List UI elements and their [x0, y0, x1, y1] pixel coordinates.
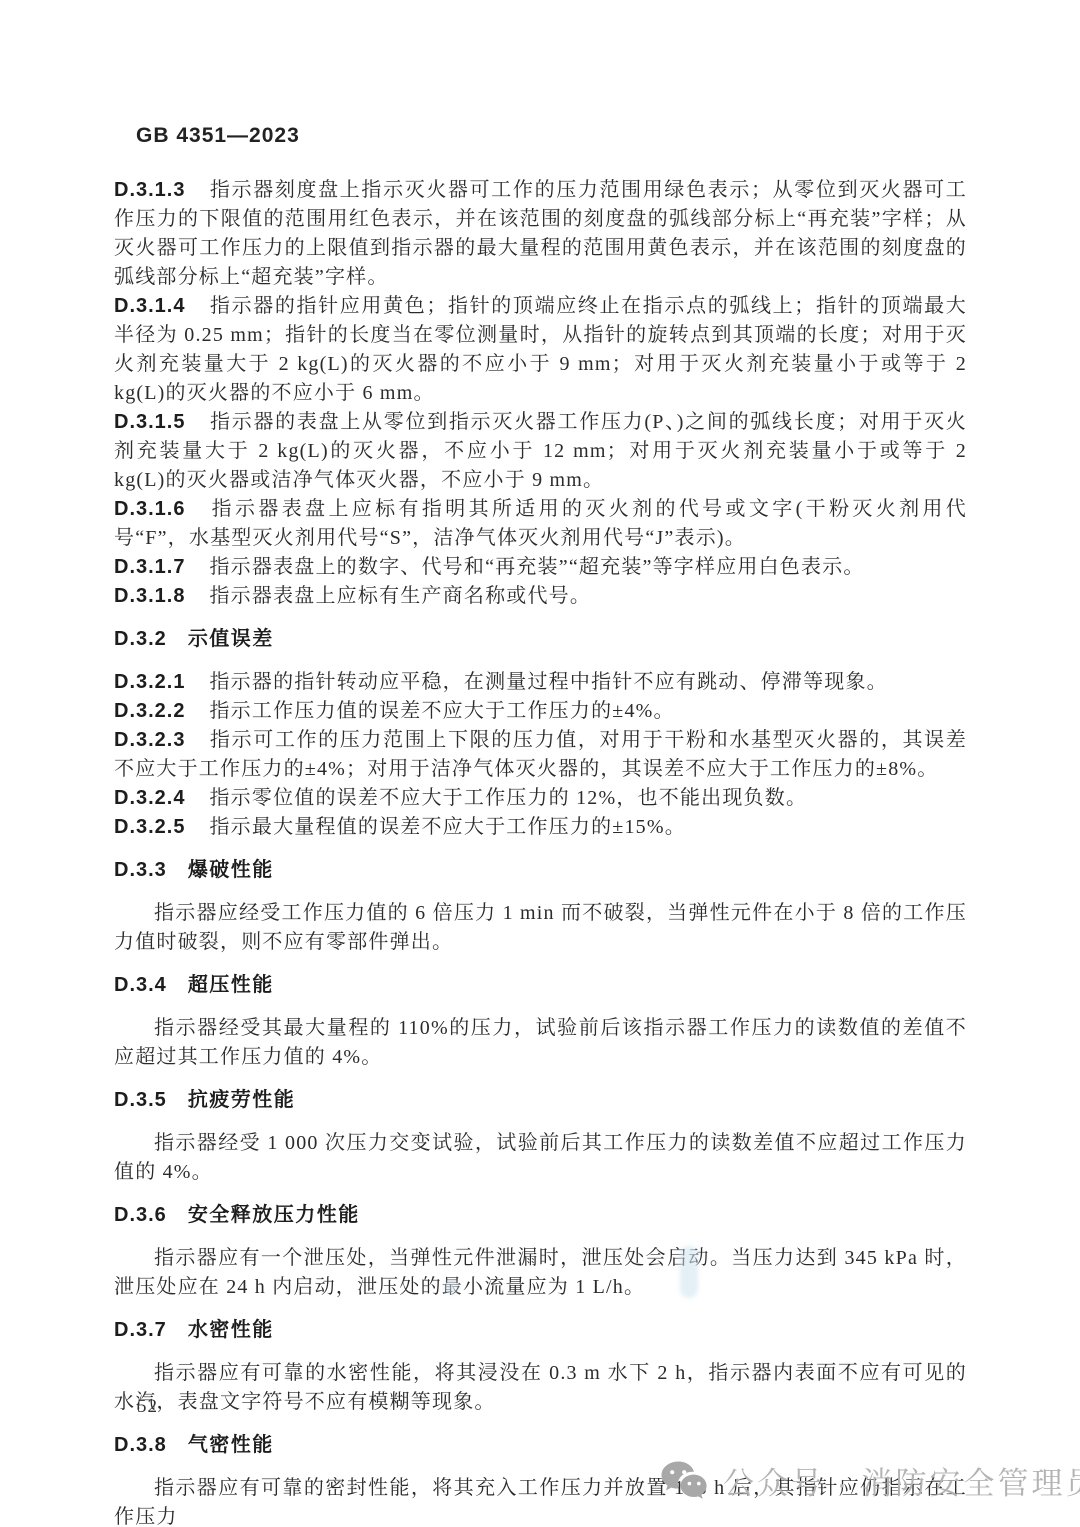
clause-text: 指示工作压力值的误差不应大于工作压力的±4%。 [209, 700, 674, 722]
section-title: 示值误差 [188, 628, 274, 650]
clause-number: D.3.1.5 [114, 411, 185, 433]
section-number: D.3.4 [114, 974, 167, 996]
clause-D.3.2.5: D.3.2.5指示最大量程值的误差不应大于工作压力的±15%。 [114, 813, 967, 842]
clause-number: D.3.1.7 [114, 556, 185, 578]
section-title: 抗疲劳性能 [188, 1089, 296, 1111]
clause-D.3.2.1: D.3.2.1指示器的指针转动应平稳，在测量过程中指针不应有跳动、停滞等现象。 [114, 668, 967, 697]
body-paragraph: 指示器经受 1 000 次压力交变试验，试验前后其工作压力的读数差值不应超过工作… [114, 1129, 967, 1187]
clause-D.3.2.2: D.3.2.2指示工作压力值的误差不应大于工作压力的±4%。 [114, 697, 967, 726]
section-number: D.3.5 [114, 1089, 167, 1111]
clause-text: 指示可工作的压力范围上下限的压力值，对用于干粉和水基型灭火器的，其误差不应大于工… [114, 729, 967, 780]
section-heading-D.3.3: D.3.3爆破性能 [114, 856, 967, 885]
section-heading-D.3.8: D.3.8气密性能 [114, 1431, 967, 1460]
section-heading-D.3.7: D.3.7水密性能 [114, 1316, 967, 1345]
clause-number: D.3.2.3 [114, 729, 185, 751]
page-number: 52 [137, 1396, 158, 1418]
body-paragraph: 指示器应有可靠的水密性能，将其浸没在 0.3 m 水下 2 h，指示器内表面不应… [114, 1359, 967, 1417]
clause-number: D.3.1.3 [114, 179, 185, 201]
body-paragraph: 指示器应经受工作压力值的 6 倍压力 1 min 而不破裂，当弹性元件在小于 8… [114, 899, 967, 957]
clause-number: D.3.1.6 [114, 498, 185, 520]
clause-number: D.3.2.5 [114, 816, 185, 838]
wechat-watermark-label: 公众号 · 消防安全管理员 [723, 1458, 1080, 1503]
section-title: 水密性能 [188, 1319, 274, 1341]
clause-D.3.2.3: D.3.2.3指示可工作的压力范围上下限的压力值，对用于干粉和水基型灭火器的，其… [114, 726, 967, 784]
clause-number: D.3.1.4 [114, 295, 185, 317]
clause-text: 指示器的指针应用黄色；指针的顶端应终止在指示点的弧线上；指针的顶端最大半径为 0… [114, 295, 967, 404]
section-heading-D.3.6: D.3.6安全释放压力性能 [114, 1201, 967, 1230]
section-heading-D.3.2: D.3.2示值误差 [114, 625, 967, 654]
clause-text: 指示器表盘上应标有生产商名称或代号。 [209, 585, 591, 607]
section-title: 安全释放压力性能 [188, 1204, 360, 1226]
clause-number: D.3.2.4 [114, 787, 185, 809]
section-number: D.3.7 [114, 1319, 167, 1341]
clause-text: 指示器刻度盘上指示灭火器可工作的压力范围用绿色表示；从零位到灭火器可工作压力的下… [114, 179, 967, 288]
clause-text: 指示器表盘上的数字、代号和“再充装”“超充装”等字样应用白色表示。 [209, 556, 864, 578]
section-heading-D.3.5: D.3.5抗疲劳性能 [114, 1086, 967, 1115]
section-title: 爆破性能 [188, 859, 274, 881]
clause-text: 指示器表盘上应标有指明其所适用的灭火剂的代号或文字(干粉灭火剂用代号“F”，水基… [114, 498, 967, 549]
clause-D.3.1.7: D.3.1.7指示器表盘上的数字、代号和“再充装”“超充装”等字样应用白色表示。 [114, 553, 967, 582]
body-paragraph: 指示器应有一个泄压处，当弹性元件泄漏时，泄压处会启动。当压力达到 345 kPa… [114, 1244, 967, 1302]
clause-D.3.2.4: D.3.2.4指示零位值的误差不应大于工作压力的 12%，也不能出现负数。 [114, 784, 967, 813]
clause-text: 指示零位值的误差不应大于工作压力的 12%，也不能出现负数。 [209, 787, 807, 809]
section-number: D.3.2 [114, 628, 167, 650]
section-title: 超压性能 [188, 974, 274, 996]
document-body: D.3.1.3指示器刻度盘上指示灭火器可工作的压力范围用绿色表示；从零位到灭火器… [114, 176, 967, 1527]
clause-D.3.1.3: D.3.1.3指示器刻度盘上指示灭火器可工作的压力范围用绿色表示；从零位到灭火器… [114, 176, 967, 292]
section-number: D.3.8 [114, 1434, 167, 1456]
wechat-watermark: 公众号 · 消防安全管理员 [660, 1458, 1080, 1503]
clause-number: D.3.2.2 [114, 700, 185, 722]
clause-text: 指示器的表盘上从零位到指示灭火器工作压力(P、)之间的弧线长度；对用于灭火剂充装… [114, 411, 967, 491]
doc-number: GB 4351—2023 [136, 124, 300, 148]
section-number: D.3.3 [114, 859, 167, 881]
clause-number: D.3.2.1 [114, 671, 185, 693]
clause-D.3.1.4: D.3.1.4指示器的指针应用黄色；指针的顶端应终止在指示点的弧线上；指针的顶端… [114, 292, 967, 408]
wechat-icon [660, 1460, 708, 1502]
body-paragraph: 指示器经受其最大量程的 110%的压力，试验前后该指示器工作压力的读数值的差值不… [114, 1014, 967, 1072]
section-number: D.3.6 [114, 1204, 167, 1226]
clause-D.3.1.5: D.3.1.5指示器的表盘上从零位到指示灭火器工作压力(P、)之间的弧线长度；对… [114, 408, 967, 495]
section-title: 气密性能 [188, 1434, 274, 1456]
clause-D.3.1.8: D.3.1.8指示器表盘上应标有生产商名称或代号。 [114, 582, 967, 611]
clause-text: 指示最大量程值的误差不应大于工作压力的±15%。 [209, 816, 685, 838]
document-page: GB 4351—2023 D.3.1.3指示器刻度盘上指示灭火器可工作的压力范围… [0, 0, 1080, 1527]
clause-number: D.3.1.8 [114, 585, 185, 607]
section-heading-D.3.4: D.3.4超压性能 [114, 971, 967, 1000]
clause-D.3.1.6: D.3.1.6指示器表盘上应标有指明其所适用的灭火剂的代号或文字(干粉灭火剂用代… [114, 495, 967, 553]
clause-text: 指示器的指针转动应平稳，在测量过程中指针不应有跳动、停滞等现象。 [209, 671, 887, 693]
